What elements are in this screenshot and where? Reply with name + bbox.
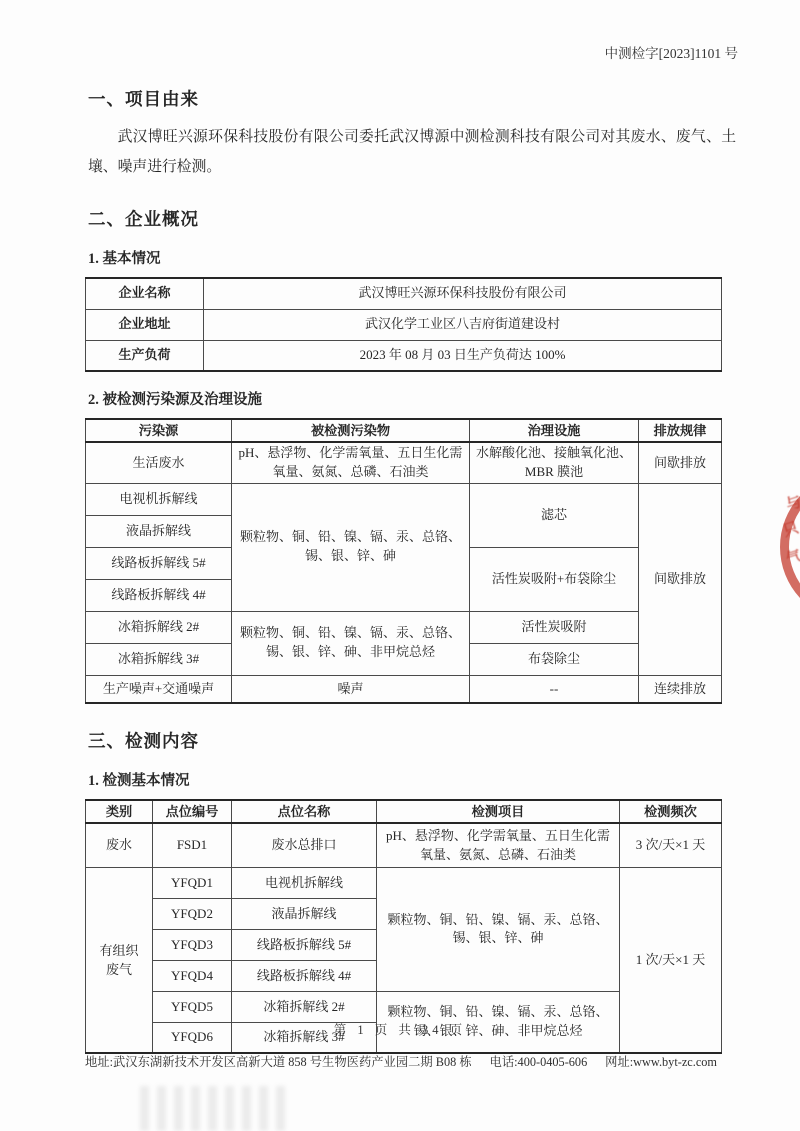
pollutants-cell: 颗粒物、铜、铅、镍、镉、汞、总铬、锡、银、锌、砷 <box>232 483 470 611</box>
section1-paragraph: 武汉博旺兴源环保科技股份有限公司委托武汉博源中测检测科技有限公司对其废水、废气、… <box>88 122 736 182</box>
pollutants-cell: 噪声 <box>232 675 470 703</box>
table-row: 冰箱拆解线 2# 颗粒物、铜、铅、镍、镉、汞、总铬、锡、银、锌、砷、非甲烷总烃 … <box>86 611 722 643</box>
treatment-cell: 水解酸化池、接触氧化池、MBR 膜池 <box>470 442 639 483</box>
table-row: 企业名称 武汉博旺兴源环保科技股份有限公司 <box>86 278 722 309</box>
items-cell: 颗粒物、铜、铅、镍、镉、汞、总铬、锡、银、锌、砷 <box>377 867 620 991</box>
category-cell: 废水 <box>86 823 153 867</box>
treatment-cell: -- <box>470 675 639 703</box>
pollution-source-cell: 生产噪声+交通噪声 <box>86 675 232 703</box>
section2-sub2-title: 2. 被检测污染源及治理设施 <box>88 388 800 409</box>
point-name-cell: 液晶拆解线 <box>232 898 377 929</box>
col-header: 污染源 <box>86 419 232 442</box>
footer-contact-line: 地址:武汉东湖新技术开发区高新大道 858 号生物医药产业园二期 B08 栋 电… <box>85 1052 717 1070</box>
items-cell: pH、悬浮物、化学需氧量、五日生化需氧量、氨氮、总磷、石油类 <box>377 823 620 867</box>
point-code-cell: FSD1 <box>153 823 232 867</box>
emission-pattern-cell: 间歇排放 <box>639 442 722 483</box>
table-row: 电视机拆解线 颗粒物、铜、铅、镍、镉、汞、总铬、锡、银、锌、砷 滤芯 间歇排放 <box>86 483 722 515</box>
section3-title: 三、检测内容 <box>88 728 800 753</box>
col-header: 类别 <box>86 800 153 823</box>
pollution-source-cell: 冰箱拆解线 2# <box>86 611 232 643</box>
treatment-cell: 布袋除尘 <box>470 643 639 675</box>
pollution-source-cell: 线路板拆解线 4# <box>86 579 232 611</box>
category-label: 有组织废气 <box>100 941 139 980</box>
frequency-cell: 3 次/天×1 天 <box>620 823 722 867</box>
document-ref-number: 中测检字[2023]1101 号 <box>0 0 800 62</box>
pollution-source-cell: 冰箱拆解线 3# <box>86 643 232 675</box>
treatment-cell: 滤芯 <box>470 483 639 547</box>
scan-smudge-artifact <box>140 1086 286 1131</box>
point-code-cell: YFQD3 <box>153 929 232 960</box>
seal-text-fragment: 与 <box>783 490 800 515</box>
col-header: 点位名称 <box>232 800 377 823</box>
section2-title: 二、企业概况 <box>88 206 800 231</box>
point-name-cell: 冰箱拆解线 2# <box>232 991 377 1022</box>
basic-info-table: 企业名称 武汉博旺兴源环保科技股份有限公司 企业地址 武汉化学工业区八吉府街道建… <box>85 277 722 372</box>
table-header-row: 污染源 被检测污染物 治理设施 排放规律 <box>86 419 722 442</box>
emission-pattern-cell: 连续排放 <box>639 675 722 703</box>
basic-row-label: 企业地址 <box>86 309 204 340</box>
section3-sub1-title: 1. 检测基本情况 <box>88 769 800 790</box>
point-code-cell: YFQD4 <box>153 960 232 991</box>
monitoring-table: 类别 点位编号 点位名称 检测项目 检测频次 废水 FSD1 废水总排口 pH、… <box>85 799 722 1054</box>
report-page: 中测检字[2023]1101 号 一、项目由来 武汉博旺兴源环保科技股份有限公司… <box>0 0 800 1131</box>
treatment-cell: 活性炭吸附+布袋除尘 <box>470 547 639 611</box>
table-row: 企业地址 武汉化学工业区八吉府街道建设村 <box>86 309 722 340</box>
pollution-source-cell: 液晶拆解线 <box>86 515 232 547</box>
point-code-cell: YFQD2 <box>153 898 232 929</box>
col-header: 排放规律 <box>639 419 722 442</box>
section2-sub1-title: 1. 基本情况 <box>88 247 800 268</box>
basic-row-value: 武汉博旺兴源环保科技股份有限公司 <box>204 278 722 309</box>
pollution-source-table: 污染源 被检测污染物 治理设施 排放规律 生活废水 pH、悬浮物、化学需氧量、五… <box>85 418 722 704</box>
pollution-source-cell: 生活废水 <box>86 442 232 483</box>
point-code-cell: YFQD1 <box>153 867 232 898</box>
basic-row-value: 武汉化学工业区八吉府街道建设村 <box>204 309 722 340</box>
basic-row-label: 企业名称 <box>86 278 204 309</box>
pollution-source-cell: 线路板拆解线 5# <box>86 547 232 579</box>
col-header: 检测项目 <box>377 800 620 823</box>
table-header-row: 类别 点位编号 点位名称 检测项目 检测频次 <box>86 800 722 823</box>
point-name-cell: 线路板拆解线 4# <box>232 960 377 991</box>
col-header: 点位编号 <box>153 800 232 823</box>
point-name-cell: 废水总排口 <box>232 823 377 867</box>
basic-row-label: 生产负荷 <box>86 340 204 371</box>
col-header: 治理设施 <box>470 419 639 442</box>
pollutants-cell: 颗粒物、铜、铅、镍、镉、汞、总铬、锡、银、锌、砷、非甲烷总烃 <box>232 611 470 675</box>
section1-title: 一、项目由来 <box>88 86 800 111</box>
footer-website: 网址:www.byt-zc.com <box>605 1052 717 1070</box>
table-row: 废水 FSD1 废水总排口 pH、悬浮物、化学需氧量、五日生化需氧量、氨氮、总磷… <box>86 823 722 867</box>
table-row: 生活废水 pH、悬浮物、化学需氧量、五日生化需氧量、氨氮、总磷、石油类 水解酸化… <box>86 442 722 483</box>
emission-pattern-cell: 间歇排放 <box>639 483 722 675</box>
treatment-cell: 活性炭吸附 <box>470 611 639 643</box>
basic-row-value: 2023 年 08 月 03 日生产负荷达 100% <box>204 340 722 371</box>
footer-phone: 电话:400-0405-606 <box>490 1052 588 1070</box>
table-row: 生产负荷 2023 年 08 月 03 日生产负荷达 100% <box>86 340 722 371</box>
point-code-cell: YFQD5 <box>153 991 232 1022</box>
table-row: 生产噪声+交通噪声 噪声 -- 连续排放 <box>86 675 722 703</box>
pollution-source-cell: 电视机拆解线 <box>86 483 232 515</box>
pollutants-cell: pH、悬浮物、化学需氧量、五日生化需氧量、氨氮、总磷、石油类 <box>232 442 470 483</box>
col-header: 检测频次 <box>620 800 722 823</box>
footer-address: 地址:武汉东湖新技术开发区高新大道 858 号生物医药产业园二期 B08 栋 <box>85 1052 472 1070</box>
page-number: 第 1 页 共 34 页 <box>0 1020 800 1038</box>
col-header: 被检测污染物 <box>232 419 470 442</box>
table-row: 有组织废气 YFQD1 电视机拆解线 颗粒物、铜、铅、镍、镉、汞、总铬、锡、银、… <box>86 867 722 898</box>
point-name-cell: 线路板拆解线 5# <box>232 929 377 960</box>
point-name-cell: 电视机拆解线 <box>232 867 377 898</box>
